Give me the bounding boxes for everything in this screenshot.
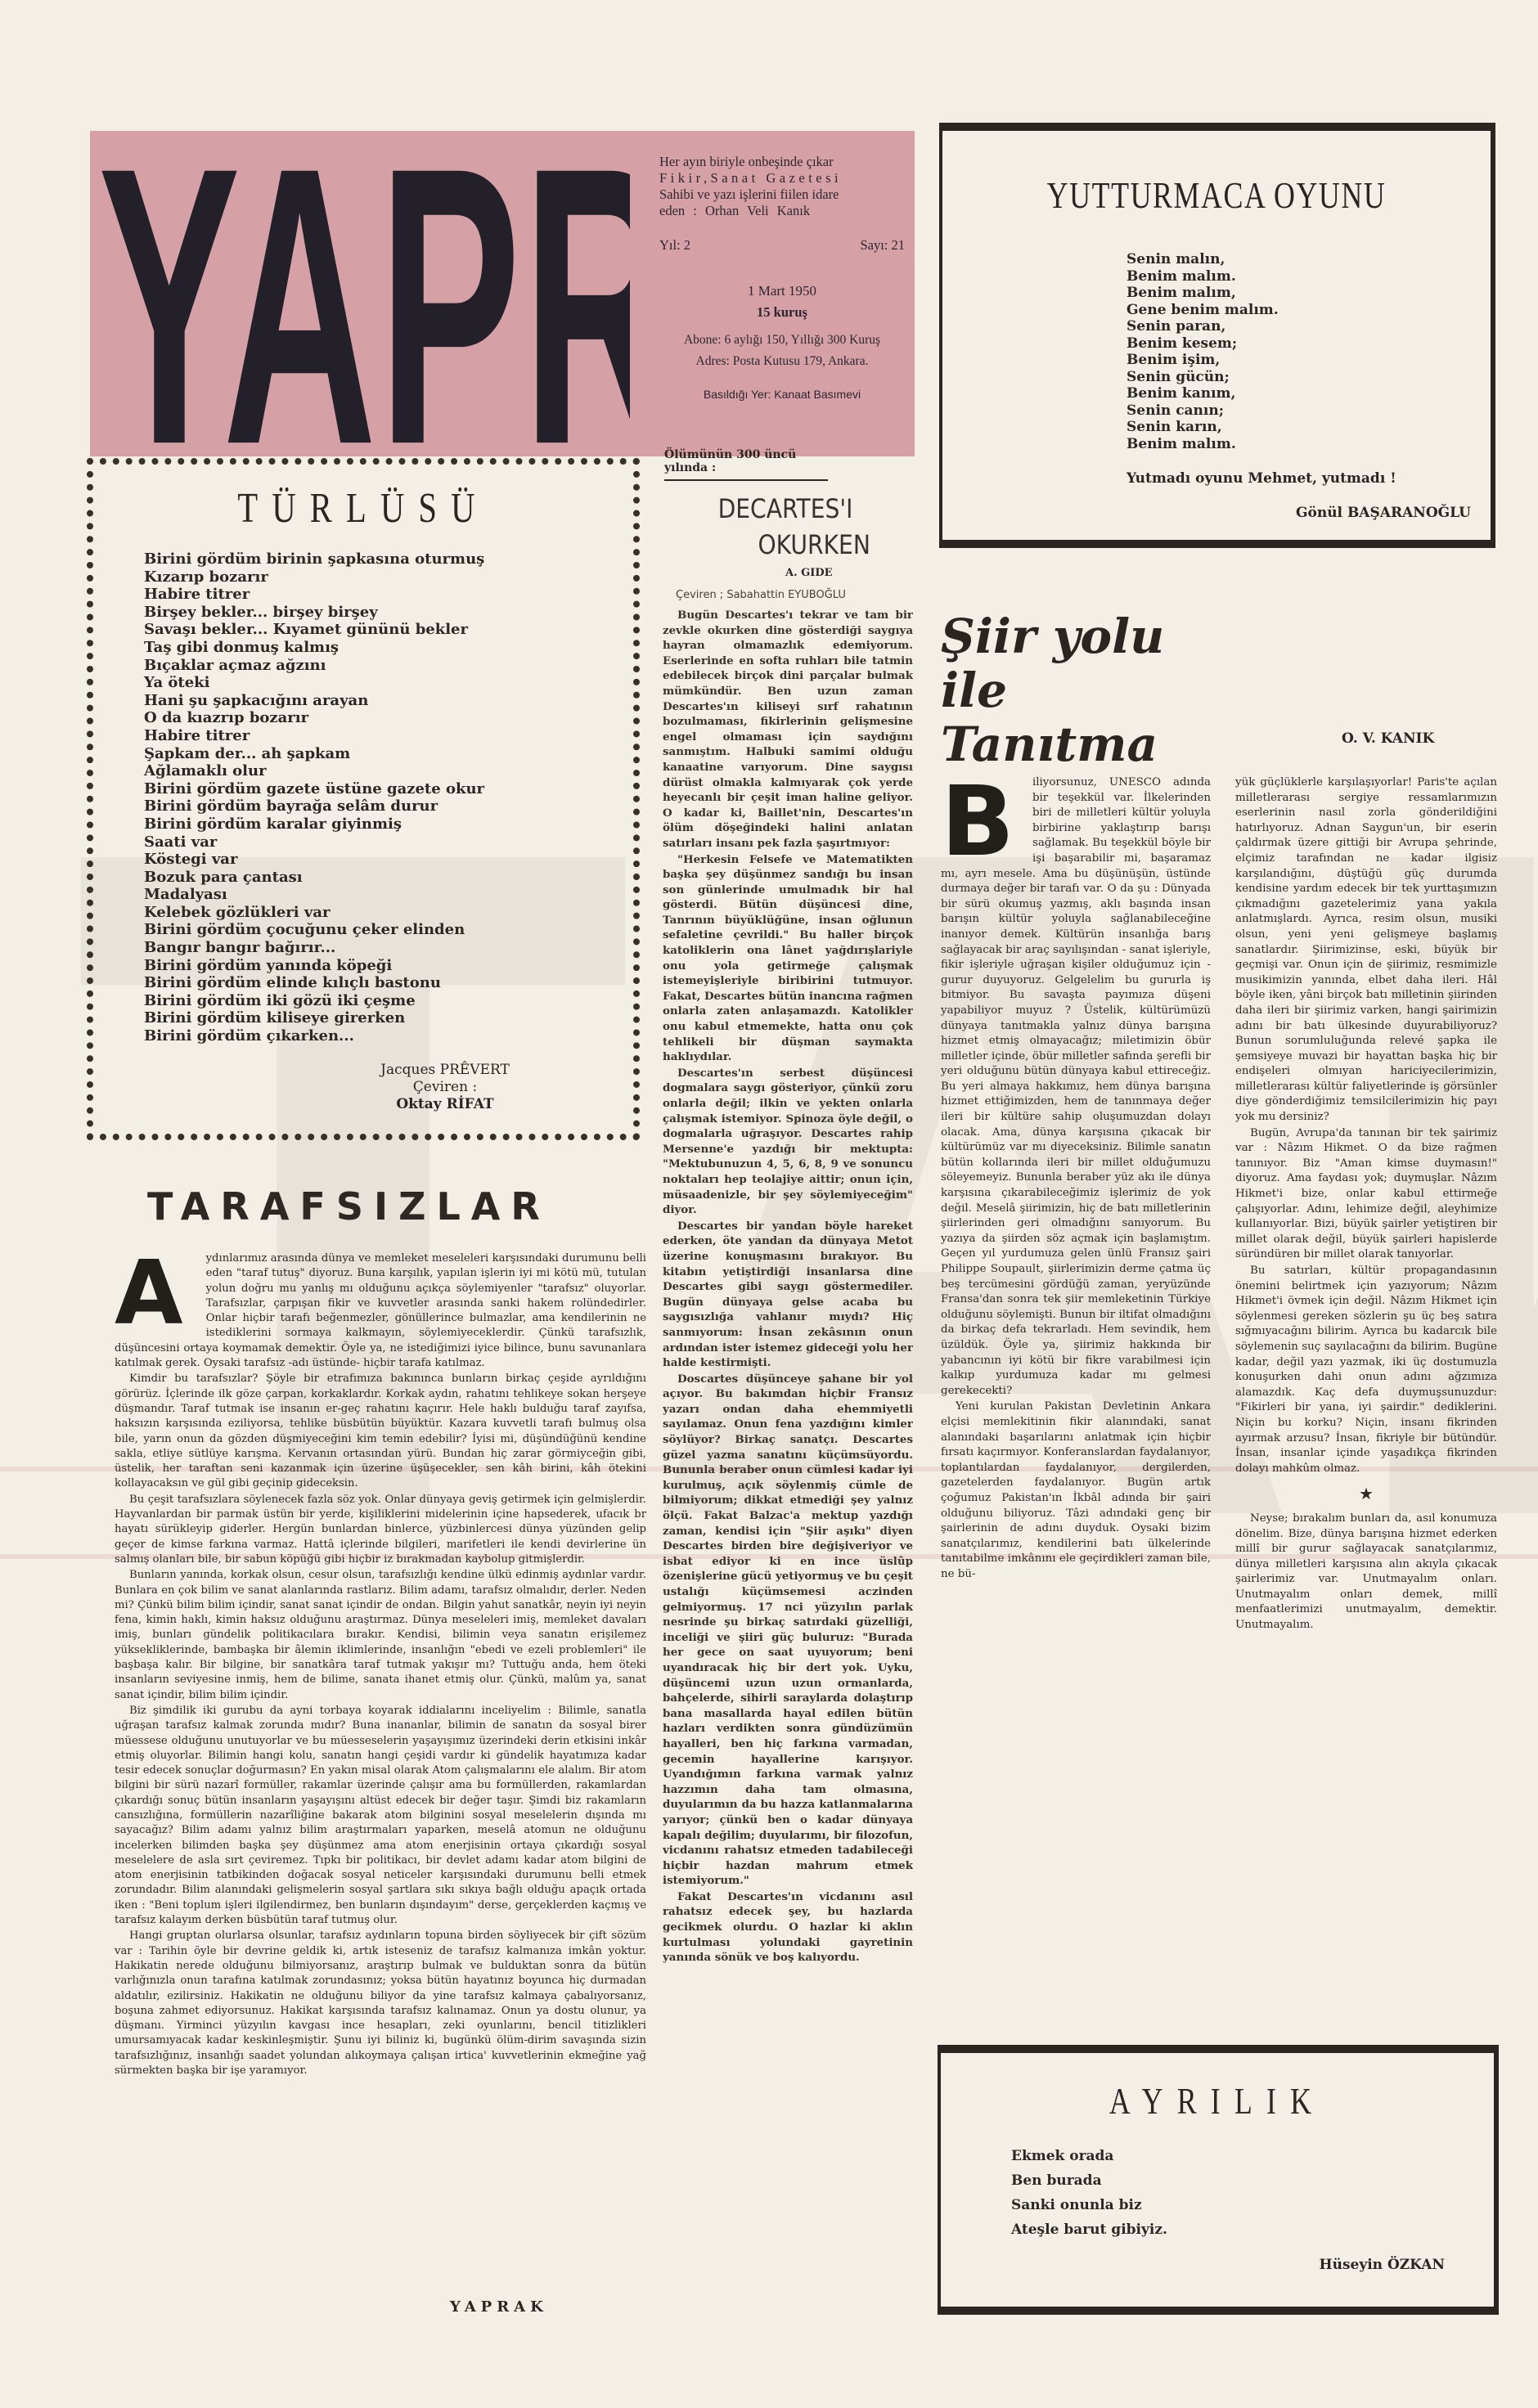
paragraph: Bunların yanında, korkak olsun, cesur ol… bbox=[115, 1568, 646, 1703]
poem-line: Savaşı bekler... Kıyamet gününü bekler bbox=[144, 621, 633, 639]
paragraph: Fakat Descartes'ın vicdanını asıl rahats… bbox=[663, 1889, 913, 1965]
paragraph: ydınlarımız arasında dünya ve memleket m… bbox=[115, 1251, 646, 1371]
yutturmaca-box: YUTTURMACA OYUNU Senin malın, Benim malı… bbox=[939, 123, 1495, 548]
price: 15 kuruş bbox=[659, 304, 905, 321]
paragraph: yük güçlüklerle karşılaşıyorlar! Paris't… bbox=[1235, 775, 1497, 1125]
paragraph: iliyorsunuz, UNESCO adında bir teşekkül … bbox=[941, 775, 1211, 1399]
printer: Basıldığı Yer: Kanaat Basımevi bbox=[659, 386, 905, 402]
poem-line: Bıçaklar açmaz ağzını bbox=[144, 657, 633, 675]
translator-label: Çeviren : bbox=[339, 1079, 551, 1096]
address: Adres: Posta Kutusu 179, Ankara. bbox=[659, 353, 905, 370]
yutturmaca-closing: Yutmadı oyunu Mehmet, yutmadı ! bbox=[1127, 470, 1491, 487]
poem-line: Birini gördüm gazete üstüne gazete okur bbox=[144, 780, 633, 798]
turlusu-credit: Jacques PRÊVERT Çeviren : Oktay RİFAT bbox=[339, 1062, 551, 1113]
poem-line: Habire titrer bbox=[144, 727, 633, 745]
logo-text: YAPRAK bbox=[98, 147, 630, 450]
descartes-author: A. GIDE bbox=[785, 567, 833, 579]
paragraph: Hangi gruptan olurlarsa olsunlar, tarafs… bbox=[115, 1929, 646, 2078]
poem-line: Taş gibi donmuş kalmış bbox=[144, 639, 633, 657]
poem-line: Birini gördüm elinde kılıçlı bastonu bbox=[144, 974, 633, 992]
ayrilik-box: AYRILIK Ekmek orada Ben burada Sanki onu… bbox=[938, 2045, 1499, 2315]
poem-line: O da kıazrıp bozarır bbox=[144, 709, 633, 727]
descartes-translator: Çeviren ; Sabahattin EYUBOĞLU bbox=[676, 589, 846, 601]
translator-name: Oktay RİFAT bbox=[339, 1096, 551, 1113]
siir-title-line-2: Tanıtma bbox=[941, 717, 1235, 771]
descartes-title-line-1: DECARTES'I bbox=[677, 491, 893, 527]
paragraph: Yeni kurulan Pakistan Devletinin Ankara … bbox=[941, 1399, 1211, 1582]
poem-line: Ben burada bbox=[1011, 2168, 1494, 2193]
tarafsizlar-body: A ydınlarımız arasında dünya ve memleket… bbox=[115, 1251, 646, 2151]
paragraph: Neyse; bırakalım bunları da, asıl konumu… bbox=[1235, 1512, 1497, 1633]
yutturmaca-poem: Senin malın, Benim malım. Benim malım, G… bbox=[1127, 251, 1491, 452]
poem-line: Madalyası bbox=[144, 886, 633, 904]
paragraph: Bugün, Avrupa'da tanınan bir tek şairimi… bbox=[1235, 1126, 1497, 1263]
siir-title: Şiir yolu ile Tanıtma bbox=[941, 609, 1235, 771]
poem-line: Köstegi var bbox=[144, 851, 633, 869]
poem-line: Ya öteki bbox=[144, 674, 633, 692]
year: Yıl: 2 bbox=[659, 237, 690, 254]
siir-column-2: yük güçlüklerle karşılaşıyorlar! Paris't… bbox=[1235, 775, 1497, 1953]
poem-line: Birini gördüm çıkarken... bbox=[144, 1027, 633, 1045]
issue-number: Sayı: 21 bbox=[860, 237, 905, 254]
poem-line: Bozuk para çantası bbox=[144, 869, 633, 887]
poem-line: Gene benim malım. bbox=[1127, 302, 1491, 319]
descartes-overline: Ölümünün 300 üncü yılında : bbox=[664, 448, 828, 481]
poem-line: Birini gördüm karalar giyinmiş bbox=[144, 815, 633, 833]
masthead-info: Her ayın biriyle onbeşinde çıkar Fikir,S… bbox=[659, 154, 905, 402]
drop-cap: A bbox=[115, 1256, 183, 1332]
turlusu-title: TÜRLÜSÜ bbox=[153, 484, 574, 532]
poem-line: Benim malım. bbox=[1127, 268, 1491, 285]
turlusu-box: TÜRLÜSÜ Birini gördüm birinin şapkasına … bbox=[87, 458, 640, 1140]
year-issue-row: Yıl: 2 Sayı: 21 bbox=[659, 237, 905, 254]
poem-line: Ekmek orada bbox=[1011, 2144, 1494, 2168]
yutturmaca-title: YUTTURMACA OYUNU bbox=[1003, 173, 1431, 217]
paragraph: "Herkesin Felsefe ve Matematikten başka … bbox=[663, 852, 913, 1065]
poem-line: Bangır bangır bağırır... bbox=[144, 939, 633, 957]
ayrilik-author: Hüseyin ÖZKAN bbox=[941, 2257, 1445, 2273]
poem-line: Birini gördüm yanında köpeği bbox=[144, 957, 633, 975]
poem-line: Kızarıp bozarır bbox=[144, 568, 633, 586]
poem-line: Ateşle barut gibiyiz. bbox=[1011, 2217, 1494, 2242]
poem-line: Birşey bekler... birşey birşey bbox=[144, 604, 633, 622]
poem-line: Benim malım, bbox=[1127, 285, 1491, 302]
subscription: Abone: 6 aylığı 150, Yıllığı 300 Kuruş bbox=[659, 332, 905, 348]
poem-line: Birini gördüm çocuğunu çeker elinden bbox=[144, 921, 633, 939]
paragraph: Bugün Descartes'ı tekrar ve tam bir zevk… bbox=[663, 608, 913, 851]
descartes-body: Bugün Descartes'ı tekrar ve tam bir zevk… bbox=[663, 608, 913, 2088]
poem-line: Hani şu şapkacığını arayan bbox=[144, 692, 633, 710]
poem-line: Saati var bbox=[144, 833, 633, 851]
poem-line: Kelebek gözlükleri var bbox=[144, 904, 633, 922]
paragraph: Bu çeşit tarafsızlara söylenecek fazla s… bbox=[115, 1493, 646, 1567]
siir-column-1: B iliyorsunuz, UNESCO adında bir teşekkü… bbox=[941, 775, 1211, 1953]
paragraph: Biz şimdilik iki gurubu da ayni torbaya … bbox=[115, 1704, 646, 1928]
ayrilik-title: AYRILIK bbox=[1001, 2079, 1432, 2123]
subtitle: Fikir,Sanat Gazetesi bbox=[659, 170, 905, 186]
poem-line: Benim kesem; bbox=[1127, 335, 1491, 353]
yutturmaca-author: Gönül BAŞARANOĞLU bbox=[942, 505, 1471, 521]
frequency: Her ayın biriyle onbeşinde çıkar bbox=[659, 154, 905, 170]
poem-line: Birini gördüm birinin şapkasına oturmuş bbox=[144, 550, 633, 568]
poem-line: Senin karın, bbox=[1127, 419, 1491, 436]
star-separator-icon: ★ bbox=[1235, 1486, 1497, 1502]
poem-line: Senin paran, bbox=[1127, 318, 1491, 335]
poem-line: Şapkam der... ah şapkam bbox=[144, 745, 633, 763]
poem-line: Sanki onunla biz bbox=[1011, 2193, 1494, 2217]
tarafsizlar-title: TARAFSIZLAR bbox=[147, 1184, 551, 1229]
poem-line: Habire titrer bbox=[144, 586, 633, 604]
paragraph: Bu satırları, kültür propagandasının öne… bbox=[1235, 1264, 1497, 1476]
ayrilik-poem: Ekmek orada Ben burada Sanki onunla biz … bbox=[1011, 2144, 1494, 2242]
turlusu-poem: Birini gördüm birinin şapkasına oturmuş … bbox=[144, 550, 633, 1045]
paragraph: Kimdir bu tarafsızlar? Şöyle bir etrafım… bbox=[115, 1372, 646, 1491]
poem-line: Benim malım. bbox=[1127, 436, 1491, 453]
issue-date: 1 Mart 1950 bbox=[659, 283, 905, 299]
siir-title-line-1: Şiir yolu ile bbox=[941, 609, 1235, 717]
paragraph: Descartes bir yandan böyle hareket ederk… bbox=[663, 1219, 913, 1371]
logo: YAPRAK bbox=[98, 147, 630, 450]
poem-line: Senin gücün; bbox=[1127, 369, 1491, 386]
tarafsizlar-signature: YAPRAK bbox=[450, 2298, 548, 2316]
descartes-title: DECARTES'I OKURKEN bbox=[677, 491, 893, 563]
descartes-title-line-2: OKURKEN bbox=[677, 527, 893, 563]
poem-line: Benim işim, bbox=[1127, 352, 1491, 369]
owner-line-2: eden : Orhan Veli Kanık bbox=[659, 203, 905, 219]
owner-line-1: Sahibi ve yazı işlerini fiilen idare bbox=[659, 186, 905, 203]
poem-line: Senin malın, bbox=[1127, 251, 1491, 268]
siir-author: O. V. KANIK bbox=[1342, 730, 1434, 747]
masthead: YAPRAK Her ayın biriyle onbeşinde çıkar … bbox=[90, 131, 915, 456]
poem-line: Senin canın; bbox=[1127, 402, 1491, 420]
poem-line: Birini gördüm bayrağa selâm durur bbox=[144, 797, 633, 815]
paragraph: Doscartes düşünceye şahane bir yol açıyo… bbox=[663, 1372, 913, 1889]
poem-line: Ağlamaklı olur bbox=[144, 762, 633, 780]
drop-cap: B bbox=[941, 780, 1014, 862]
poem-line: Benim kanım, bbox=[1127, 385, 1491, 402]
paragraph: Descartes'ın serbest düşüncesi dogmalara… bbox=[663, 1066, 913, 1218]
poem-line: Birini gördüm kiliseye girerken bbox=[144, 1009, 633, 1027]
poem-author: Jacques PRÊVERT bbox=[339, 1062, 551, 1079]
poem-line: Birini gördüm iki gözü iki çeşme bbox=[144, 992, 633, 1010]
